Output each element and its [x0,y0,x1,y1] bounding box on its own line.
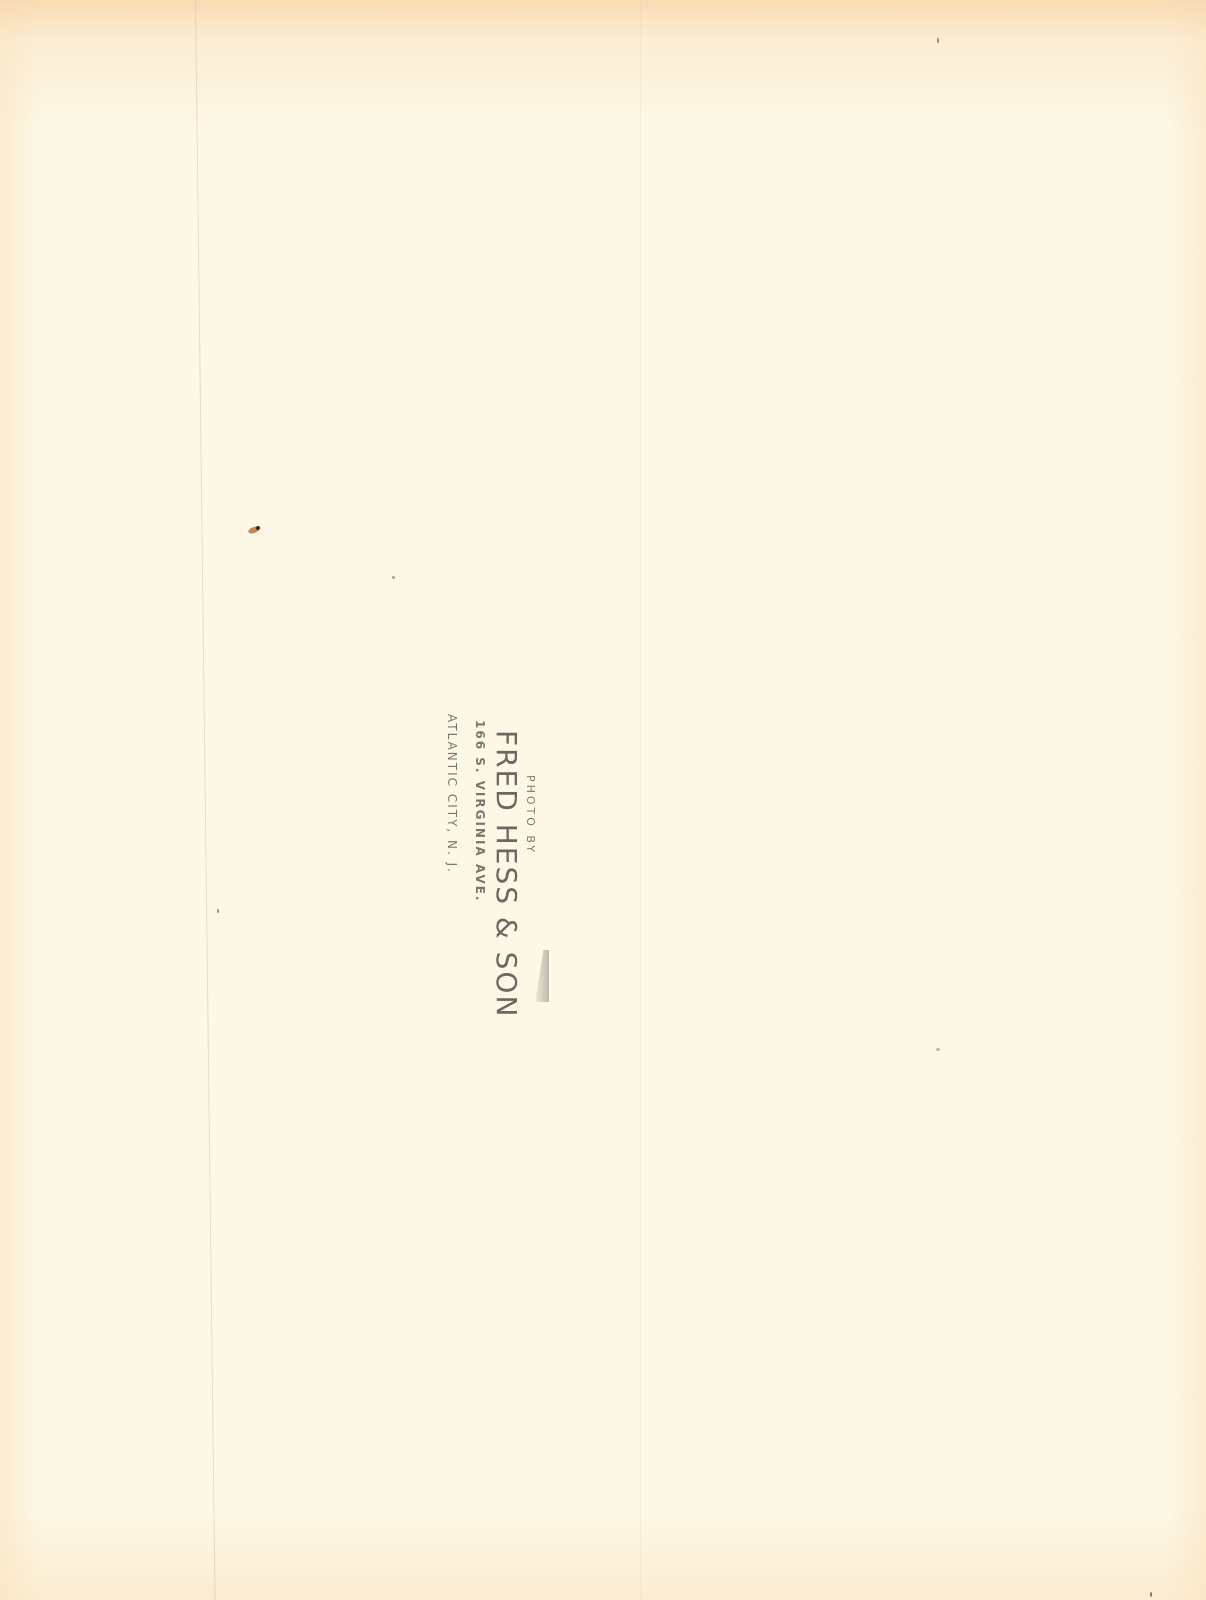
dust-speck [392,576,395,579]
dust-speck [1150,1592,1152,1597]
dust-speck [937,38,939,43]
stain-spot [256,526,260,530]
dust-speck [217,909,219,913]
dust-speck [936,1048,940,1051]
stamp-street-address: 166 S. VIRGINIA AVE. [473,720,487,902]
stamp-photo-by: PHOTO BY [524,775,537,855]
paper-background [0,0,1206,1600]
paper-crease [640,0,641,1600]
stamp-studio-name: FRED HESS & SON [490,730,523,1018]
stamp-city: ATLANTIC CITY, N. J. [445,714,459,874]
